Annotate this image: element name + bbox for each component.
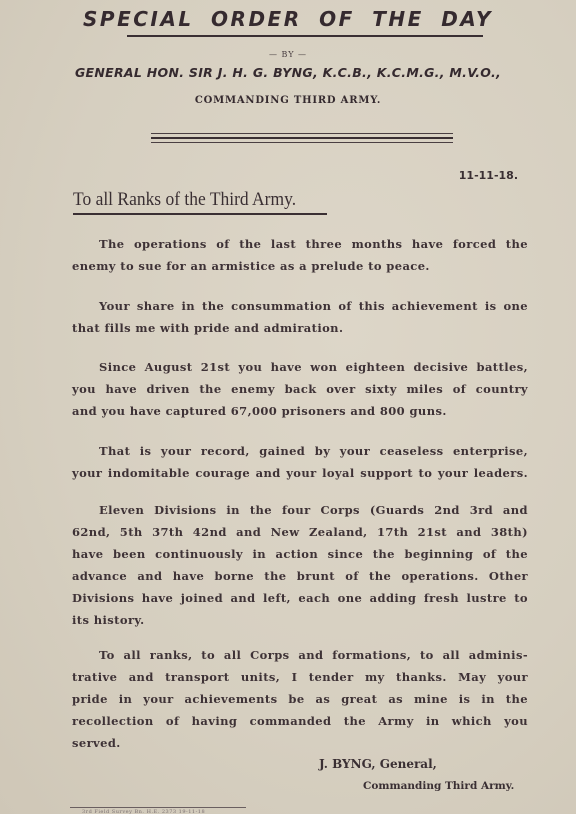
divider-rule [151,133,453,134]
text-line: Divisions have joined and left, each one… [72,587,528,609]
text-line: The operations of the last three months … [72,233,528,255]
text-line: you have driven the enemy back over sixt… [72,378,528,400]
text-line: served. [72,732,528,754]
signature-title: Commanding Third Army. [363,780,514,792]
author-role: COMMANDING THIRD ARMY. [0,95,576,106]
paragraph-2: Your share in the consummation of this a… [72,295,528,339]
salutation-underline [73,213,327,215]
text-line: your indomitable courage and your loyal … [72,462,528,484]
text-line: advance and have borne the brunt of the … [72,565,528,587]
text-line: enemy to sue for an armistice as a prelu… [72,255,528,277]
text-line: and you have captured 67,000 prisoners a… [72,400,528,422]
salutation: To all Ranks of the Third Army. [73,189,296,211]
text-line: To all ranks, to all Corps and formation… [72,644,528,666]
text-line: recollection of having commanded the Arm… [72,710,528,732]
text-line: That is your record, gained by your ceas… [72,440,528,462]
document-title: SPECIAL ORDER OF THE DAY [0,7,576,31]
order-date: 11-11-18. [459,169,518,182]
text-line: pride in your achievements be as great a… [72,688,528,710]
divider-rule [151,142,453,143]
document-page: SPECIAL ORDER OF THE DAY — BY — GENERAL … [0,0,576,814]
printer-line: 3rd Field Survey Bn. H.E. 2373 19-11-18 [82,809,205,814]
paragraph-4: That is your record, gained by your ceas… [72,440,528,484]
text-line: Eleven Divisions in the four Corps (Guar… [72,499,528,521]
text-line: 62nd, 5th 37th 42nd and New Zealand, 17t… [72,521,528,543]
text-line: Your share in the consummation of this a… [72,295,528,317]
divider-rule [151,137,453,139]
text-line: Since August 21st you have won eighteen … [72,356,528,378]
title-underline [127,35,483,37]
text-line: that fills me with pride and admiration. [72,317,528,339]
text-line: have been continuously in action since t… [72,543,528,565]
signature-name: J. BYNG, General, [319,757,437,771]
paragraph-3: Since August 21st you have won eighteen … [72,356,528,422]
paragraph-5: Eleven Divisions in the four Corps (Guar… [72,499,528,631]
paragraph-1: The operations of the last three months … [72,233,528,277]
by-line: — BY — [0,50,576,59]
author-name: GENERAL HON. SIR J. H. G. BYNG, K.C.B., … [0,65,576,80]
text-line: its history. [72,609,528,631]
footer-rule [70,807,246,808]
text-line: trative and transport units, I tender my… [72,666,528,688]
paragraph-6: To all ranks, to all Corps and formation… [72,644,528,754]
